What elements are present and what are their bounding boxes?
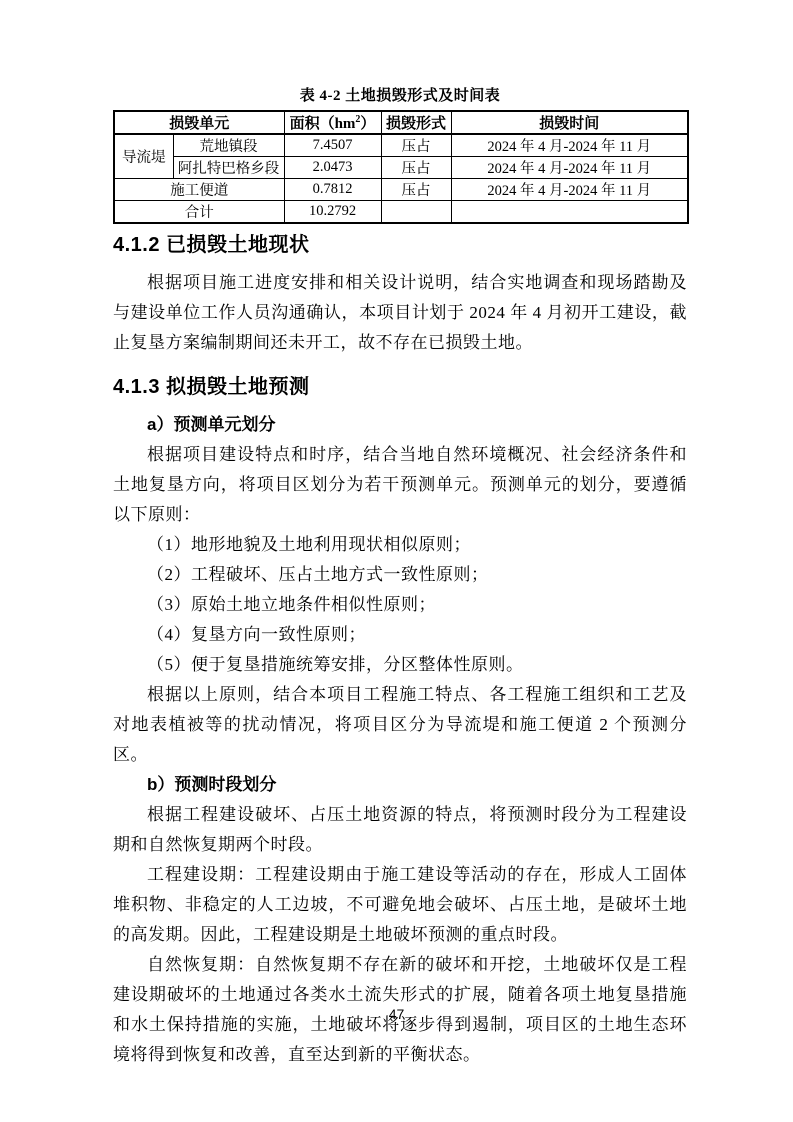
cell-damage-form-empty (381, 201, 451, 224)
section-heading-412: 4.1.2 已损毁土地现状 (113, 232, 687, 258)
header-area-text: 面积（hm (290, 116, 356, 132)
cell-unit-segment: 阿扎特巴格乡段 (173, 157, 284, 179)
paragraph-a-2: 根据以上原则，结合本项目工程施工特点、各工程施工组织和工艺及对地表植被等的扰动情… (113, 680, 687, 770)
cell-damage-time: 2024 年 4 月-2024 年 11 月 (451, 134, 688, 157)
paragraph-b-2: 工程建设期：工程建设期由于施工建设等活动的存在，形成人工固体堆积物、非稳定的人工… (113, 860, 687, 950)
cell-damage-form: 压占 (381, 157, 451, 179)
table-caption: 表 4-2 土地损毁形式及时间表 (113, 86, 687, 106)
table-row-diversion-dike-1: 导流堤 荒地镇段 7.4507 压占 2024 年 4 月-2024 年 11 … (114, 134, 688, 157)
cell-damage-form: 压占 (381, 134, 451, 157)
cell-area: 2.0473 (284, 157, 381, 179)
header-damage-form: 损毁形式 (381, 111, 451, 134)
paragraph-b-1: 根据工程建设破坏、占压土地资源的特点，将预测时段分为工程建设期和自然恢复期两个时… (113, 800, 687, 860)
table-row-diversion-dike-2: 阿扎特巴格乡段 2.0473 压占 2024 年 4 月-2024 年 11 月 (114, 157, 688, 179)
cell-total-label: 合计 (114, 201, 284, 224)
principle-item-5: （5）便于复垦措施统筹安排，分区整体性原则。 (113, 650, 687, 680)
page-content: 表 4-2 土地损毁形式及时间表 损毁单元 面积（hm2） 损毁形式 损毁时间 … (113, 86, 687, 1070)
cell-area: 0.7812 (284, 179, 381, 201)
cell-total-area: 10.2792 (284, 201, 381, 224)
cell-area: 7.4507 (284, 134, 381, 157)
table-row-total: 合计 10.2792 (114, 201, 688, 224)
cell-unit-segment: 荒地镇段 (173, 134, 284, 157)
cell-unit-group: 导流堤 (114, 134, 173, 179)
paragraph-412-1: 根据项目施工进度安排和相关设计说明，结合实地调查和现场踏勘及与建设单位工作人员沟… (113, 268, 687, 358)
header-area: 面积（hm2） (284, 111, 381, 134)
principle-item-3: （3）原始土地立地条件相似性原则； (113, 590, 687, 620)
principle-item-1: （1）地形地貌及土地利用现状相似原则； (113, 530, 687, 560)
paragraph-a-1: 根据项目建设特点和时序，结合当地自然环境概况、社会经济条件和土地复垦方向，将项目… (113, 440, 687, 530)
cell-damage-time: 2024 年 4 月-2024 年 11 月 (451, 157, 688, 179)
document-page: 表 4-2 土地损毁形式及时间表 损毁单元 面积（hm2） 损毁形式 损毁时间 … (0, 0, 793, 1122)
subsection-heading-a: a）预测单元划分 (113, 410, 687, 440)
table-header-row: 损毁单元 面积（hm2） 损毁形式 损毁时间 (114, 111, 688, 134)
cell-damage-form: 压占 (381, 179, 451, 201)
header-area-close: ） (360, 116, 375, 132)
cell-damage-time: 2024 年 4 月-2024 年 11 月 (451, 179, 688, 201)
principle-item-2: （2）工程破坏、压占土地方式一致性原则； (113, 560, 687, 590)
table-row-construction-road: 施工便道 0.7812 压占 2024 年 4 月-2024 年 11 月 (114, 179, 688, 201)
land-damage-table: 损毁单元 面积（hm2） 损毁形式 损毁时间 导流堤 荒地镇段 7.4507 压… (113, 110, 689, 224)
subsection-heading-b: b）预测时段划分 (113, 770, 687, 800)
header-damage-time: 损毁时间 (451, 111, 688, 134)
section-heading-413: 4.1.3 拟损毁土地预测 (113, 374, 687, 400)
cell-unit-merged: 施工便道 (114, 179, 284, 201)
header-damage-unit: 损毁单元 (114, 111, 284, 134)
cell-damage-time-empty (451, 201, 688, 224)
page-number: 47 (0, 1006, 793, 1022)
principle-item-4: （4）复垦方向一致性原则； (113, 620, 687, 650)
